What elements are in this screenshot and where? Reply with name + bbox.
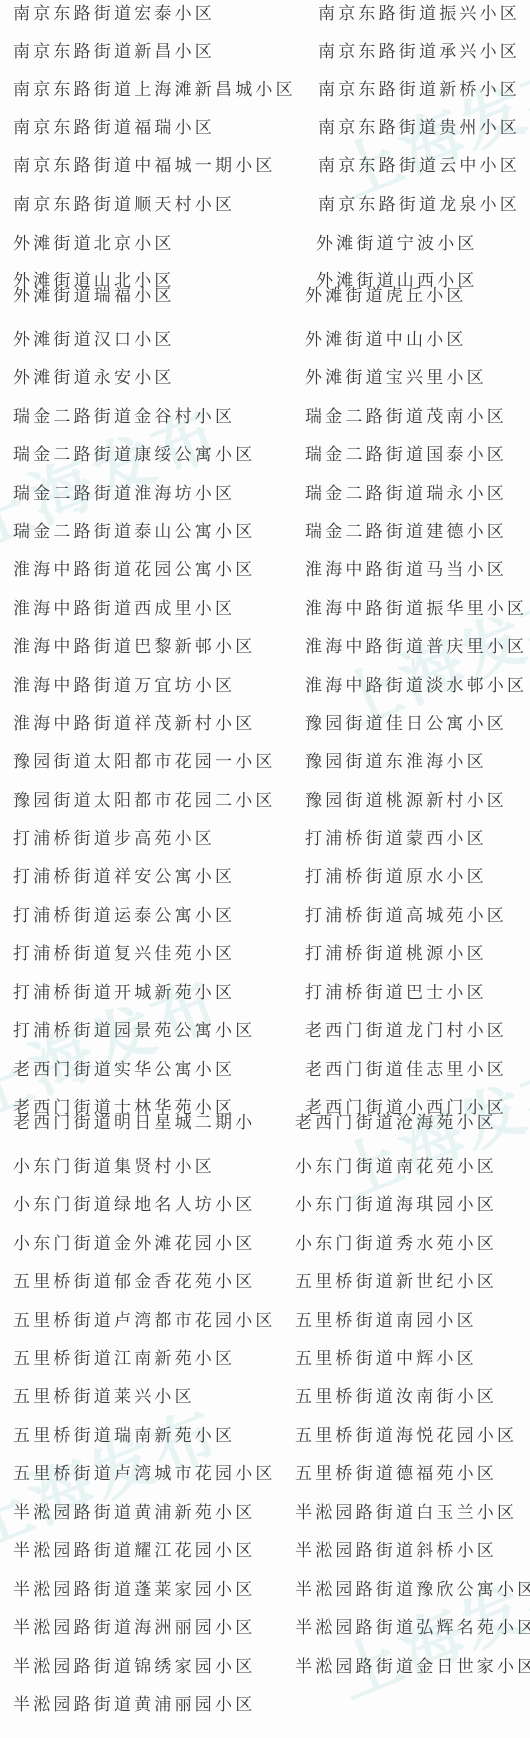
area-name-right: 半淞园路街道豫欣公寓小区 (295, 1580, 530, 1600)
area-name-left: 南京东路街道宏泰小区 (13, 4, 215, 24)
area-name-left: 老西门街道实华公寓小区 (13, 1060, 235, 1080)
area-name-right: 外滩街道虎丘小区 (305, 286, 467, 306)
area-name-right: 小东门街道海琪园小区 (295, 1195, 497, 1215)
area-name-right: 南京东路街道新桥小区 (318, 80, 520, 100)
area-name-left: 半淞园路街道锦绣家园小区 (13, 1657, 255, 1677)
area-name-left: 半淞园路街道黄浦新苑小区 (13, 1503, 255, 1523)
area-name-right: 豫园街道东淮海小区 (305, 752, 487, 772)
area-name-left: 打浦桥街道复兴佳苑小区 (13, 944, 235, 964)
area-name-left: 外滩街道瑞福小区 (13, 286, 175, 306)
area-name-right: 淮海中路街道振华里小区 (305, 599, 527, 619)
area-name-left: 豫园街道太阳都市花园二小区 (13, 791, 276, 811)
area-name-left: 南京东路街道福瑞小区 (13, 118, 215, 138)
list-row: 五里桥街道莱兴小区五里桥街道汝南街小区 (0, 1387, 530, 1407)
area-name-right: 半淞园路街道白玉兰小区 (295, 1503, 517, 1523)
area-name-left: 打浦桥街道祥安公寓小区 (13, 867, 235, 887)
area-name-right: 五里桥街道海悦花园小区 (295, 1426, 517, 1446)
area-name-left: 南京东路街道上海滩新昌城小区 (13, 80, 296, 100)
area-name-right: 瑞金二路街道瑞永小区 (305, 484, 507, 504)
area-name-left: 打浦桥街道运泰公寓小区 (13, 906, 235, 926)
list-row: 小东门街道金外滩花园小区小东门街道秀水苑小区 (0, 1234, 530, 1254)
area-name-left: 淮海中路街道祥茂新村小区 (13, 714, 255, 734)
list-row: 五里桥街道江南新苑小区五里桥街道中辉小区 (0, 1349, 530, 1369)
area-name-right: 五里桥街道中辉小区 (295, 1349, 477, 1369)
list-row: 淮海中路街道巴黎新邨小区淮海中路街道普庆里小区 (0, 637, 530, 657)
area-name-right: 五里桥街道南园小区 (295, 1311, 477, 1331)
area-name-left: 小东门街道金外滩花园小区 (13, 1234, 255, 1254)
area-name-right: 打浦桥街道巴士小区 (305, 983, 487, 1003)
list-row: 打浦桥街道园景苑公寓小区老西门街道龙门村小区 (0, 1021, 530, 1041)
list-row: 南京东路街道福瑞小区南京东路街道贵州小区 (0, 118, 530, 138)
area-name-left: 淮海中路街道巴黎新邨小区 (13, 637, 255, 657)
area-name-left: 瑞金二路街道淮海坊小区 (13, 484, 235, 504)
area-name-right: 五里桥街道德福苑小区 (295, 1464, 497, 1484)
area-name-left: 南京东路街道顺天村小区 (13, 195, 235, 215)
area-name-right: 淮海中路街道淡水邨小区 (305, 676, 527, 696)
area-name-right: 淮海中路街道马当小区 (305, 560, 507, 580)
list-row: 五里桥街道瑞南新苑小区五里桥街道海悦花园小区 (0, 1426, 530, 1446)
area-name-left: 外滩街道汉口小区 (13, 330, 175, 350)
area-name-right: 打浦桥街道桃源小区 (305, 944, 487, 964)
list-row: 瑞金二路街道康绥公寓小区瑞金二路街道国泰小区 (0, 445, 530, 465)
list-row: 打浦桥街道复兴佳苑小区打浦桥街道桃源小区 (0, 944, 530, 964)
area-name-right: 小东门街道秀水苑小区 (295, 1234, 497, 1254)
list-row: 淮海中路街道花园公寓小区淮海中路街道马当小区 (0, 560, 530, 580)
area-name-right: 半淞园路街道斜桥小区 (295, 1541, 497, 1561)
list-row: 打浦桥街道步高苑小区打浦桥街道蒙西小区 (0, 829, 530, 849)
area-name-left: 瑞金二路街道金谷村小区 (13, 407, 235, 427)
area-name-right: 打浦桥街道蒙西小区 (305, 829, 487, 849)
area-name-right: 五里桥街道汝南街小区 (295, 1387, 497, 1407)
area-name-left: 小东门街道绿地名人坊小区 (13, 1195, 255, 1215)
area-name-left: 淮海中路街道万宜坊小区 (13, 676, 235, 696)
area-name-left: 豫园街道太阳都市花园一小区 (13, 752, 276, 772)
list-row: 半淞园路街道黄浦丽园小区 (0, 1695, 530, 1715)
area-name-left: 半淞园路街道蓬莱家园小区 (13, 1580, 255, 1600)
area-name-left: 五里桥街道江南新苑小区 (13, 1349, 235, 1369)
list-row: 南京东路街道新昌小区南京东路街道承兴小区 (0, 42, 530, 62)
list-row: 半淞园路街道黄浦新苑小区半淞园路街道白玉兰小区 (0, 1503, 530, 1523)
list-row: 打浦桥街道运泰公寓小区打浦桥街道高城苑小区 (0, 906, 530, 926)
area-name-right: 老西门街道龙门村小区 (305, 1021, 507, 1041)
area-name-right: 瑞金二路街道国泰小区 (305, 445, 507, 465)
area-name-left: 打浦桥街道开城新苑小区 (13, 983, 235, 1003)
area-name-left: 五里桥街道瑞南新苑小区 (13, 1426, 235, 1446)
area-name-right: 南京东路街道贵州小区 (318, 118, 520, 138)
area-name-left: 外滩街道北京小区 (13, 234, 175, 254)
area-name-left: 半淞园路街道黄浦丽园小区 (13, 1695, 255, 1715)
area-name-left: 半淞园路街道耀江花园小区 (13, 1541, 255, 1561)
list-row: 瑞金二路街道淮海坊小区瑞金二路街道瑞永小区 (0, 484, 530, 504)
area-name-right: 南京东路街道云中小区 (318, 156, 520, 176)
list-row: 瑞金二路街道泰山公寓小区瑞金二路街道建德小区 (0, 522, 530, 542)
area-name-left: 南京东路街道中福城一期小区 (13, 156, 276, 176)
list-row: 半淞园路街道锦绣家园小区半淞园路街道金日世家小区 (0, 1657, 530, 1677)
list-row: 小东门街道集贤村小区小东门街道南花苑小区 (0, 1157, 530, 1177)
area-name-right: 半淞园路街道金日世家小区 (295, 1657, 530, 1677)
area-name-right: 打浦桥街道原水小区 (305, 867, 487, 887)
area-name-left: 老西门街道明日星城二期小 (13, 1113, 255, 1133)
list-row: 淮海中路街道西成里小区淮海中路街道振华里小区 (0, 599, 530, 619)
area-name-left: 五里桥街道郁金香花苑小区 (13, 1272, 255, 1292)
list-row: 瑞金二路街道金谷村小区瑞金二路街道茂南小区 (0, 407, 530, 427)
list-row: 南京东路街道顺天村小区南京东路街道龙泉小区 (0, 195, 530, 215)
list-row: 南京东路街道中福城一期小区南京东路街道云中小区 (0, 156, 530, 176)
list-row: 半淞园路街道耀江花园小区半淞园路街道斜桥小区 (0, 1541, 530, 1561)
area-name-left: 打浦桥街道园景苑公寓小区 (13, 1021, 255, 1041)
list-row: 淮海中路街道祥茂新村小区豫园街道佳日公寓小区 (0, 714, 530, 734)
area-name-right: 外滩街道中山小区 (305, 330, 467, 350)
list-row: 外滩街道汉口小区外滩街道中山小区 (0, 330, 530, 350)
list-row: 外滩街道北京小区外滩街道宁波小区 (0, 234, 530, 254)
list-row: 南京东路街道上海滩新昌城小区南京东路街道新桥小区 (0, 80, 530, 100)
area-name-left: 淮海中路街道花园公寓小区 (13, 560, 255, 580)
area-name-right: 打浦桥街道高城苑小区 (305, 906, 507, 926)
list-row: 五里桥街道卢湾城市花园小区五里桥街道德福苑小区 (0, 1464, 530, 1484)
area-name-right: 淮海中路街道普庆里小区 (305, 637, 527, 657)
area-name-left: 五里桥街道卢湾都市花园小区 (13, 1311, 276, 1331)
list-row: 外滩街道永安小区外滩街道宝兴里小区 (0, 368, 530, 388)
area-name-left: 南京东路街道新昌小区 (13, 42, 215, 62)
area-name-left: 瑞金二路街道康绥公寓小区 (13, 445, 255, 465)
area-name-left: 淮海中路街道西成里小区 (13, 599, 235, 619)
list-row: 老西门街道明日星城二期小老西门街道沧海苑小区 (0, 1113, 530, 1133)
area-name-right: 南京东路街道承兴小区 (318, 42, 520, 62)
list-row: 小东门街道绿地名人坊小区小东门街道海琪园小区 (0, 1195, 530, 1215)
area-name-right: 半淞园路街道弘辉名苑小区 (295, 1618, 530, 1638)
area-name-right: 老西门街道佳志里小区 (305, 1060, 507, 1080)
list-row: 半淞园路街道海洲丽园小区半淞园路街道弘辉名苑小区 (0, 1618, 530, 1638)
list-row: 打浦桥街道祥安公寓小区打浦桥街道原水小区 (0, 867, 530, 887)
area-name-left: 瑞金二路街道泰山公寓小区 (13, 522, 255, 542)
list-row: 淮海中路街道万宜坊小区淮海中路街道淡水邨小区 (0, 676, 530, 696)
list-row: 外滩街道瑞福小区外滩街道虎丘小区 (0, 286, 530, 306)
area-name-right: 小东门街道南花苑小区 (295, 1157, 497, 1177)
area-name-right: 外滩街道宁波小区 (316, 234, 478, 254)
area-name-right: 南京东路街道龙泉小区 (318, 195, 520, 215)
area-name-right: 五里桥街道新世纪小区 (295, 1272, 497, 1292)
list-row: 老西门街道实华公寓小区老西门街道佳志里小区 (0, 1060, 530, 1080)
area-name-left: 五里桥街道卢湾城市花园小区 (13, 1464, 276, 1484)
list-row: 南京东路街道宏泰小区南京东路街道振兴小区 (0, 4, 530, 24)
area-name-left: 外滩街道永安小区 (13, 368, 175, 388)
list-row: 半淞园路街道蓬莱家园小区半淞园路街道豫欣公寓小区 (0, 1580, 530, 1600)
area-name-left: 小东门街道集贤村小区 (13, 1157, 215, 1177)
area-name-left: 半淞园路街道海洲丽园小区 (13, 1618, 255, 1638)
area-name-right: 瑞金二路街道茂南小区 (305, 407, 507, 427)
list-row: 豫园街道太阳都市花园二小区豫园街道桃源新村小区 (0, 791, 530, 811)
area-name-right: 老西门街道沧海苑小区 (295, 1113, 497, 1133)
area-name-right: 瑞金二路街道建德小区 (305, 522, 507, 542)
area-name-left: 打浦桥街道步高苑小区 (13, 829, 215, 849)
list-row: 豫园街道太阳都市花园一小区豫园街道东淮海小区 (0, 752, 530, 772)
area-name-right: 豫园街道佳日公寓小区 (305, 714, 507, 734)
list-row: 打浦桥街道开城新苑小区打浦桥街道巴士小区 (0, 983, 530, 1003)
list-row: 五里桥街道郁金香花苑小区五里桥街道新世纪小区 (0, 1272, 530, 1292)
area-name-right: 南京东路街道振兴小区 (318, 4, 520, 24)
area-name-right: 外滩街道宝兴里小区 (305, 368, 487, 388)
list-row: 五里桥街道卢湾都市花园小区五里桥街道南园小区 (0, 1311, 530, 1331)
area-name-left: 五里桥街道莱兴小区 (13, 1387, 195, 1407)
area-name-right: 豫园街道桃源新村小区 (305, 791, 507, 811)
